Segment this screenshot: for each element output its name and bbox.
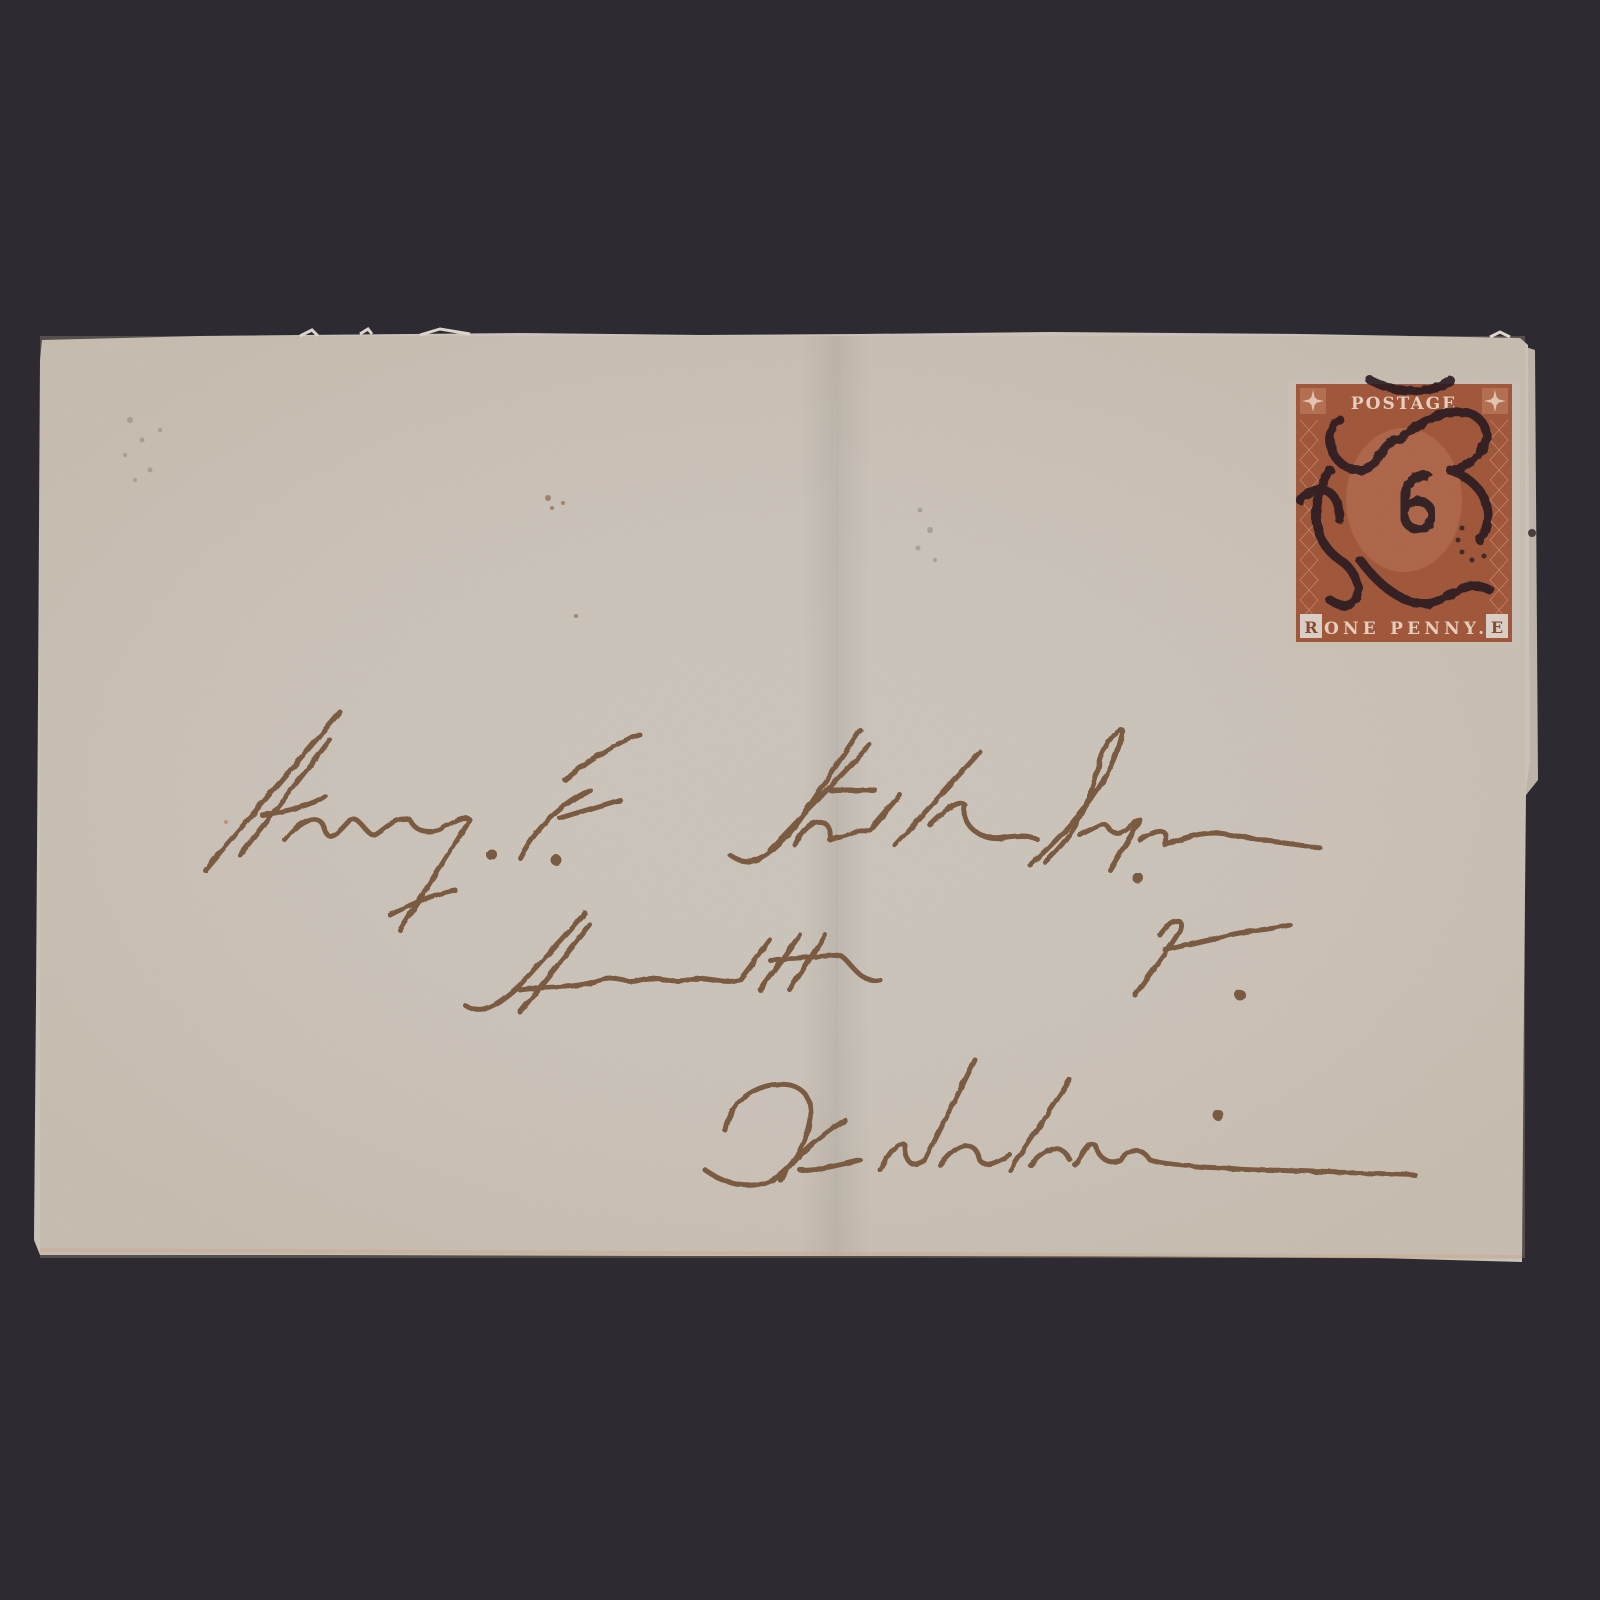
stamp-corner-letter-right: E bbox=[1491, 618, 1503, 637]
stamp-corner-letter-left: R bbox=[1304, 618, 1318, 637]
photo-scene: Henry J. Stock Esqre Henrietta St. Dubli… bbox=[0, 0, 1600, 1600]
penny-red-stamp: POSTAGE R E ONE PENNY. 6 bbox=[1288, 380, 1536, 648]
corner-star-tr bbox=[1482, 388, 1508, 414]
corner-star-tl bbox=[1300, 388, 1326, 414]
cover-illustration: POSTAGE R E ONE PENNY. 6 bbox=[0, 0, 1600, 1600]
